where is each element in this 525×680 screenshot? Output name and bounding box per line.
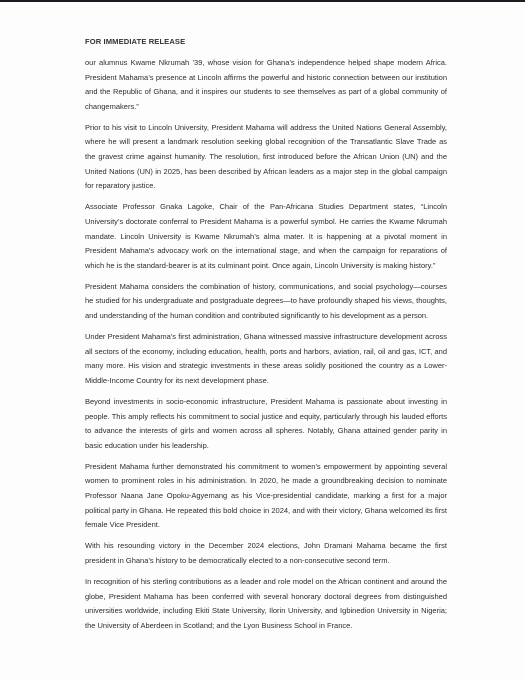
release-heading: FOR IMMEDIATE RELEASE <box>85 37 447 47</box>
paragraph-women-empowerment: President Mahama further demonstrated hi… <box>85 460 447 533</box>
paragraph-education: President Mahama considers the combinati… <box>85 280 447 324</box>
paragraph-lagoke-quote: Associate Professor Gnaka Lagoke, Chair … <box>85 200 447 273</box>
top-border <box>0 0 525 2</box>
paragraph-election: With his resounding victory in the Decem… <box>85 539 447 568</box>
paragraph-un-resolution: Prior to his visit to Lincoln University… <box>85 121 447 194</box>
paragraph-infrastructure: Under President Mahama’s first administr… <box>85 330 447 388</box>
paragraph-nkrumah-quote: our alumnus Kwame Nkrumah ’39, whose vis… <box>85 56 447 114</box>
paragraph-social-investment: Beyond investments in socio-economic inf… <box>85 395 447 453</box>
document-page: FOR IMMEDIATE RELEASE our alumnus Kwame … <box>85 37 447 640</box>
paragraph-honorary-degrees: In recognition of his sterling contribut… <box>85 575 447 633</box>
